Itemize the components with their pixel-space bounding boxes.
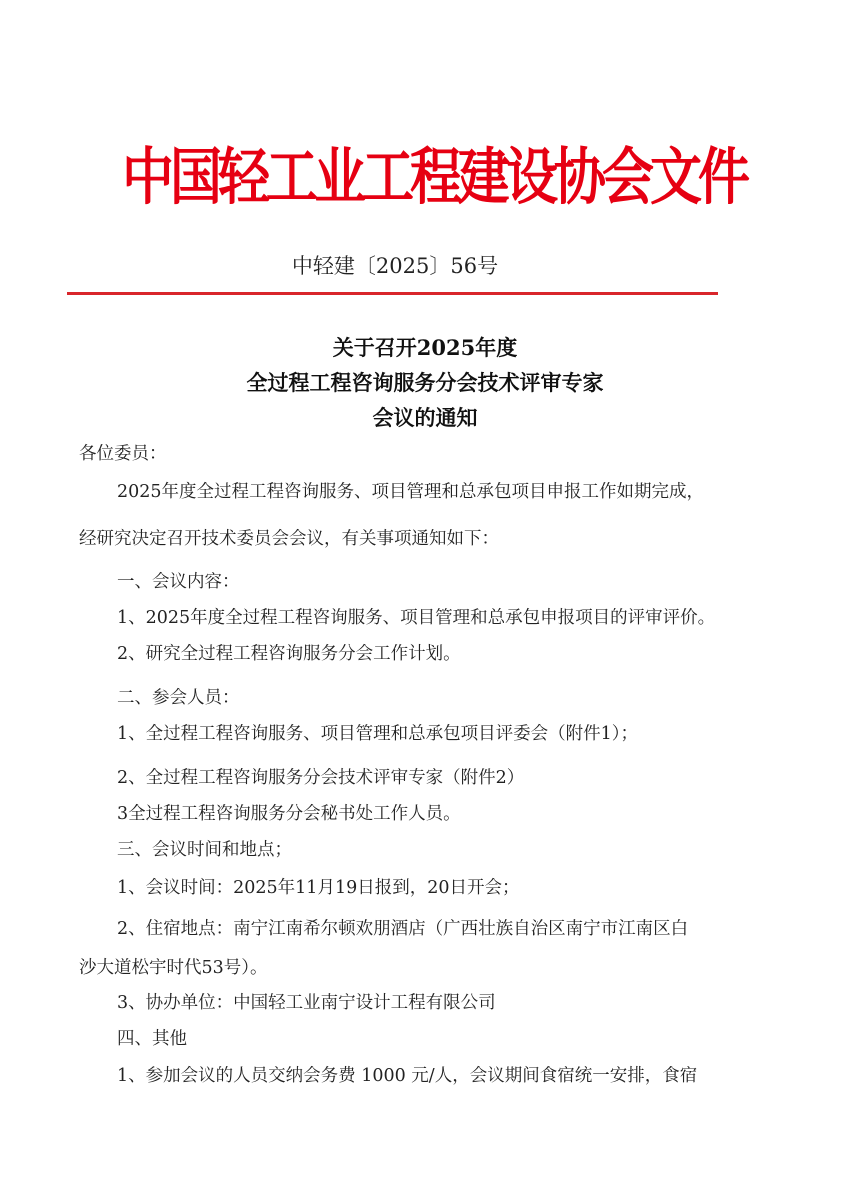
section-1-item-2: 2、研究全过程工程咨询服务分会工作计划。 <box>117 640 461 665</box>
section-1-item-1: 1、2025年度全过程工程咨询服务、项目管理和总承包申报项目的评审评价。 <box>117 604 715 629</box>
section-2-item-2: 2、全过程工程咨询服务分会技术评审专家（附件2） <box>117 764 524 789</box>
section-2-item-3: 3全过程工程咨询服务分会秘书处工作人员。 <box>117 800 461 825</box>
section-3-item-2: 2、住宿地点：南宁江南希尔顿欢朋酒店（广西壮族自治区南宁市江南区白 <box>117 915 688 940</box>
letterhead-red-rule <box>67 292 718 295</box>
notice-title-line-3: 会议的通知 <box>0 400 850 435</box>
section-4-item-1: 1、参加会议的人员交纳会务费 1000 元/人，会议期间食宿统一安排，食宿 <box>117 1062 697 1087</box>
section-3-heading: 三、会议时间和地点； <box>117 836 292 861</box>
letterhead-title: 中国轻工业工程建设协会文件 <box>122 136 662 221</box>
notice-title: 关于召开2025年度 全过程工程咨询服务分会技术评审专家 会议的通知 <box>0 330 850 435</box>
section-2-item-1: 1、全过程工程咨询服务、项目管理和总承包项目评委会（附件1）； <box>117 720 638 745</box>
section-3-item-2-cont: 沙大道松宇时代53号）。 <box>79 954 268 979</box>
intro-paragraph-line-2: 经研究决定召开技术委员会会议，有关事项通知如下： <box>79 525 499 550</box>
notice-title-line-2: 全过程工程咨询服务分会技术评审专家 <box>0 365 850 400</box>
section-2-heading: 二、参会人员： <box>117 684 240 709</box>
document-number: 中轻建〔2025〕56号 <box>0 252 790 280</box>
section-3-item-3: 3、协办单位：中国轻工业南宁设计工程有限公司 <box>117 989 496 1014</box>
section-4-heading: 四、其他 <box>117 1025 187 1050</box>
salutation: 各位委员： <box>79 440 167 465</box>
intro-paragraph-line-1: 2025年度全过程工程咨询服务、项目管理和总承包项目申报工作如期完成， <box>117 478 704 503</box>
notice-title-line-1: 关于召开2025年度 <box>0 330 850 365</box>
section-1-heading: 一、会议内容： <box>117 568 240 593</box>
section-3-item-1: 1、会议时间：2025年11月19日报到，20日开会； <box>117 874 519 899</box>
